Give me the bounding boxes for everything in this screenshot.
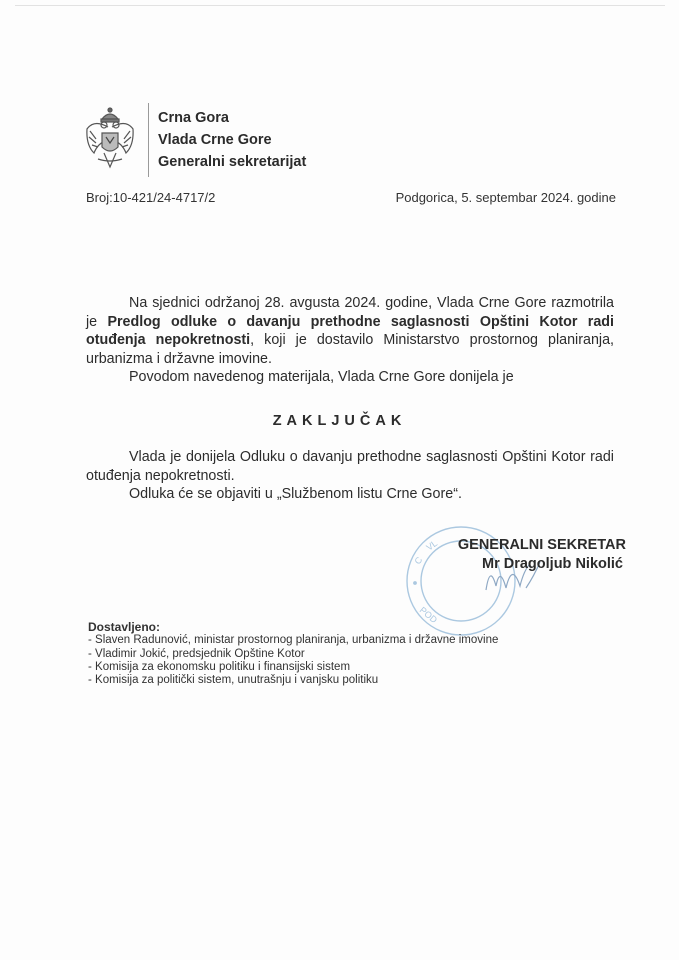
distribution-item: - Slaven Radunović, ministar prostornog …	[88, 634, 648, 647]
letterhead-divider	[148, 103, 149, 177]
distribution-title: Dostavljeno:	[88, 621, 648, 634]
distribution-item: - Komisija za politički sistem, unutrašn…	[88, 674, 648, 687]
office-name: Generalni sekretarijat	[158, 151, 306, 173]
letterhead: Crna Gora Vlada Crne Gore Generalni sekr…	[84, 103, 306, 177]
signatory-name: Mr Dragoljub Nikolić	[440, 555, 626, 574]
page-top-edge	[15, 5, 665, 6]
body-paragraph-1: Na sjednici održanoj 28. avgusta 2024. g…	[86, 294, 614, 368]
signatory-title: GENERALNI SEKRETAR	[440, 536, 626, 555]
distribution-item: - Vladimir Jokić, predsjednik Opštine Ko…	[88, 648, 648, 661]
conclusion-paragraph-1: Vlada je donijela Odluku o davanju preth…	[86, 448, 614, 485]
country-name: Crna Gora	[158, 107, 306, 129]
coat-of-arms-icon	[84, 105, 136, 175]
svg-text:VL: VL	[424, 538, 439, 553]
distribution-list: Dostavljeno: - Slaven Radunović, minista…	[88, 621, 648, 687]
conclusion-heading: ZAKLJUČAK	[0, 413, 679, 429]
reference-number: Broj:10-421/24-4717/2	[86, 190, 215, 205]
signature-block: GENERALNI SEKRETAR Mr Dragoljub Nikolić	[440, 536, 626, 574]
place-date: Podgorica, 5. septembar 2024. godine	[396, 190, 616, 205]
svg-text:C: C	[412, 555, 424, 566]
conclusion-paragraph-2: Odluka će se objaviti u „Službenom listu…	[86, 485, 614, 504]
reference-row: Broj:10-421/24-4717/2 Podgorica, 5. sept…	[86, 190, 616, 205]
distribution-item: - Komisija za ekonomsku politiku i finan…	[88, 661, 648, 674]
document-body: Na sjednici održanoj 28. avgusta 2024. g…	[86, 294, 614, 387]
government-name: Vlada Crne Gore	[158, 129, 306, 151]
conclusion-body: Vlada je donijela Odluku o davanju preth…	[86, 448, 614, 504]
body-paragraph-2: Povodom navedenog materijala, Vlada Crne…	[86, 368, 614, 387]
